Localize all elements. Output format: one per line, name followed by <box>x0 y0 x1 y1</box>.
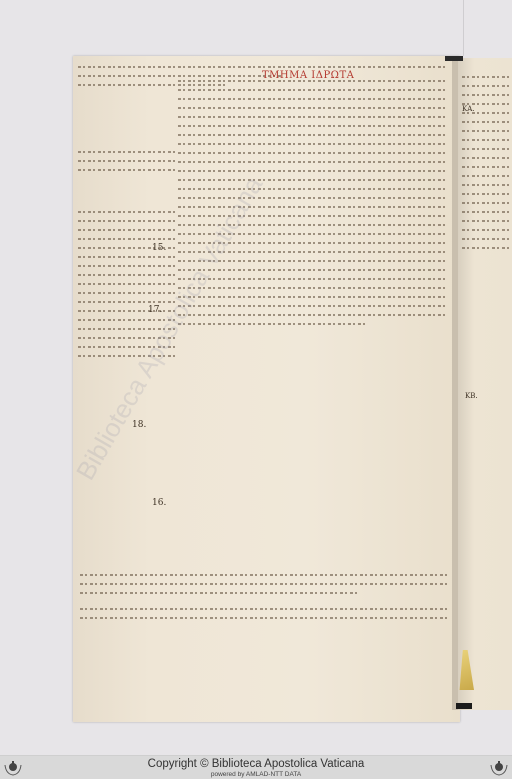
margin-marker: ΚΑ. <box>462 105 475 113</box>
margin-marker: ΚΒ. <box>465 392 478 400</box>
section-number: 18. <box>132 420 146 430</box>
divider <box>463 0 464 56</box>
copyright-text: Copyright © Biblioteca Apostolica Vatica… <box>0 758 512 770</box>
bottom-latin-annotations <box>80 568 450 648</box>
binding-tab-bottom <box>456 703 472 709</box>
vatican-seal-icon <box>489 759 509 777</box>
facing-page-text <box>462 70 512 630</box>
section-number: 16. <box>152 498 166 508</box>
image-viewer[interactable]: ΤΜΗΜΑ ΙΔΡΩΤΑ 15. 16. 17. 18. ΚΑ. ΚΒ. Bib… <box>0 0 512 755</box>
section-number: 15. <box>152 243 166 253</box>
powered-by-text: powered by AMLAD-NTT DATA <box>0 771 512 778</box>
greek-main-text <box>178 74 446 594</box>
footer: Copyright © Biblioteca Apostolica Vatica… <box>0 755 512 779</box>
